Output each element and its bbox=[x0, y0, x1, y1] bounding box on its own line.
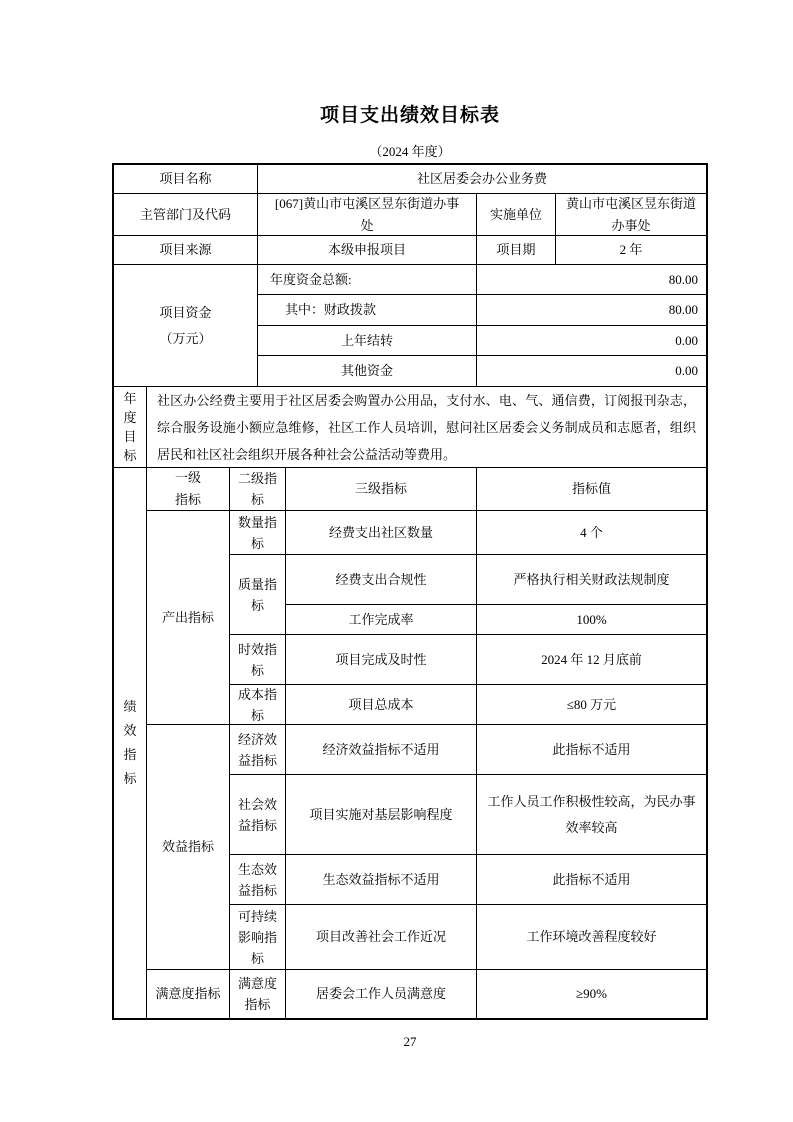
value-social-work-improvement: 工作环境改善程度较好 bbox=[477, 905, 706, 970]
funds-carryover-value: 0.00 bbox=[477, 326, 706, 356]
document-page: 项目支出绩效目标表 （2024 年度） 项目名称 社区居委会办公业务费 主管部门… bbox=[112, 0, 708, 1050]
level3-completion-rate: 工作完成率 bbox=[286, 605, 477, 635]
level2-satisfaction-indicator: 满意度指标 bbox=[230, 970, 286, 1018]
level3-ecological-benefit: 生态效益指标不适用 bbox=[286, 855, 477, 905]
value-completion-timeliness: 2024 年 12 月底前 bbox=[477, 635, 706, 685]
value-expense-compliance: 严格执行相关财政法规制度 bbox=[477, 555, 706, 605]
level3-community-count: 经费支出社区数量 bbox=[286, 511, 477, 555]
impl-unit-value: 黄山市屯溪区昱东街道 办事处 bbox=[556, 194, 706, 236]
level3-economic-benefit: 经济效益指标不适用 bbox=[286, 725, 477, 775]
project-funds-label: 项目资金 （万元） bbox=[114, 265, 258, 387]
level3-total-cost: 项目总成本 bbox=[286, 685, 477, 725]
page-subtitle: （2024 年度） bbox=[112, 143, 708, 161]
page-number: 27 bbox=[112, 1034, 708, 1050]
value-completion-rate: 100% bbox=[477, 605, 706, 635]
funds-total-label: 年度资金总额: bbox=[258, 265, 477, 295]
level2-social-benefit: 社会效益指标 bbox=[230, 775, 286, 855]
annual-goal-text: 社区办公经费主要用于社区居委会购置办公用品，支付水、电、气、通信费，订阅报刊杂志… bbox=[147, 387, 706, 468]
project-period-value: 2 年 bbox=[556, 236, 706, 265]
level2-timeliness-indicator: 时效指标 bbox=[230, 635, 286, 685]
impl-unit-label: 实施单位 bbox=[477, 194, 556, 236]
dept-code-value: [067]黄山市屯溪区昱东街道办事 处 bbox=[258, 194, 477, 236]
project-source-label: 项目来源 bbox=[114, 236, 258, 265]
level2-economic-benefit: 经济效益指标 bbox=[230, 725, 286, 775]
funds-other-label: 其他资金 bbox=[258, 356, 477, 387]
level3-expense-compliance: 经费支出合规性 bbox=[286, 555, 477, 605]
header-level1-indicator: 一级 指标 bbox=[147, 468, 230, 511]
level3-staff-satisfaction: 居委会工作人员满意度 bbox=[286, 970, 477, 1018]
annual-goal-label: 年 度 目 标 bbox=[114, 387, 147, 468]
level1-output-indicator: 产出指标 bbox=[147, 511, 230, 725]
level1-benefit-indicator: 效益指标 bbox=[147, 725, 230, 970]
value-staff-satisfaction: ≥90% bbox=[477, 970, 706, 1018]
page-title: 项目支出绩效目标表 bbox=[112, 104, 708, 128]
performance-indicators-side-label: 绩 效 指 标 bbox=[114, 468, 147, 1018]
level3-social-work-improvement: 项目改善社会工作近况 bbox=[286, 905, 477, 970]
funds-other-value: 0.00 bbox=[477, 356, 706, 387]
funds-total-value: 80.00 bbox=[477, 265, 706, 295]
header-level3-indicator: 三级指标 bbox=[286, 468, 477, 511]
level2-ecological-benefit: 生态效益指标 bbox=[230, 855, 286, 905]
level2-quantity-indicator: 数量指标 bbox=[230, 511, 286, 555]
project-source-value: 本级申报项目 bbox=[258, 236, 477, 265]
level2-sustainability-indicator: 可持续影响指标 bbox=[230, 905, 286, 970]
project-name-value: 社区居委会办公业务费 bbox=[258, 165, 706, 194]
funds-fiscal-label: 其中：财政拨款 bbox=[258, 295, 477, 326]
level3-grassroots-impact: 项目实施对基层影响程度 bbox=[286, 775, 477, 855]
level2-quality-indicator: 质量指标 bbox=[230, 555, 286, 635]
value-grassroots-impact: 工作人员工作积极性较高，为民办事 效率较高 bbox=[477, 775, 706, 855]
level2-cost-indicator: 成本指标 bbox=[230, 685, 286, 725]
funds-carryover-label: 上年结转 bbox=[258, 326, 477, 356]
value-ecological-benefit: 此指标不适用 bbox=[477, 855, 706, 905]
value-economic-benefit: 此指标不适用 bbox=[477, 725, 706, 775]
header-level2-indicator: 二级指标 bbox=[230, 468, 286, 511]
level1-satisfaction-indicator: 满意度指标 bbox=[147, 970, 230, 1018]
performance-target-table: 项目名称 社区居委会办公业务费 主管部门及代码 [067]黄山市屯溪区昱东街道办… bbox=[112, 163, 708, 1020]
dept-code-label: 主管部门及代码 bbox=[114, 194, 258, 236]
project-period-label: 项目期 bbox=[477, 236, 556, 265]
header-indicator-value: 指标值 bbox=[477, 468, 706, 511]
level3-completion-timeliness: 项目完成及时性 bbox=[286, 635, 477, 685]
value-total-cost: ≤80 万元 bbox=[477, 685, 706, 725]
value-community-count: 4 个 bbox=[477, 511, 706, 555]
funds-fiscal-value: 80.00 bbox=[477, 295, 706, 326]
project-name-label: 项目名称 bbox=[114, 165, 258, 194]
